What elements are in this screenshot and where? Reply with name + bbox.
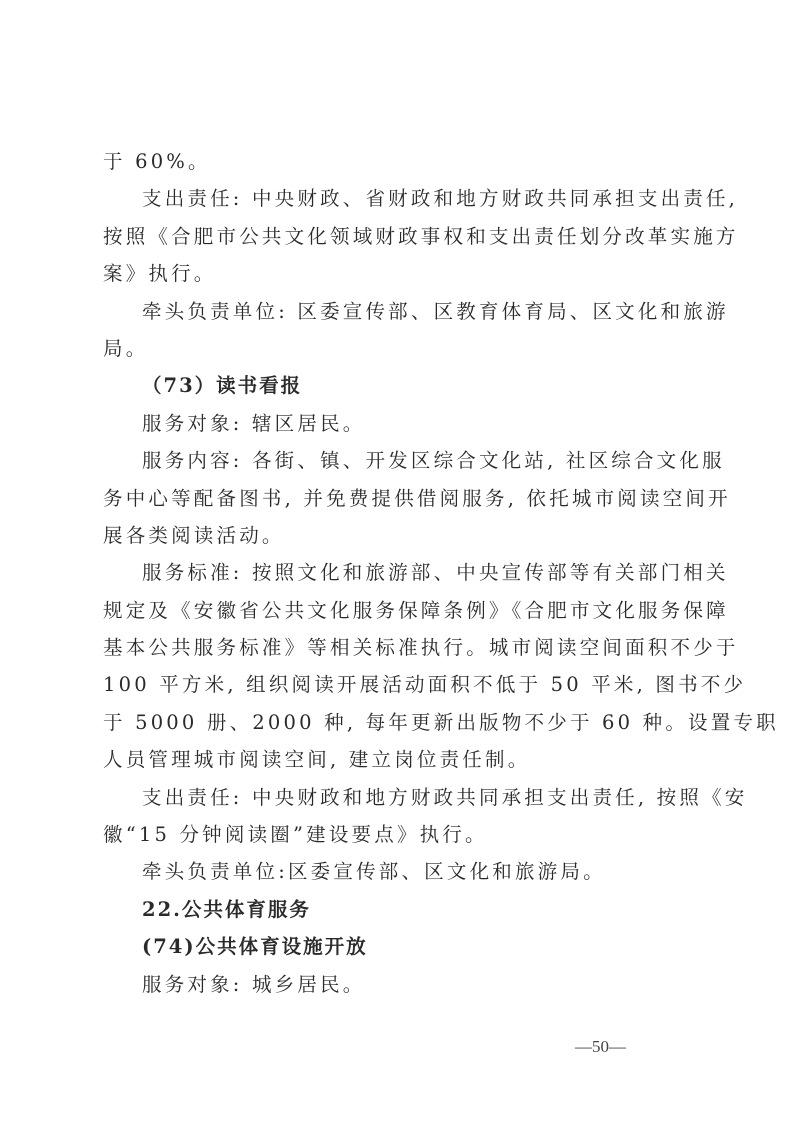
service-target-paragraph: 服务对象: 城乡居民。 — [103, 966, 693, 1003]
text-line: 100 平方米, 组织阅读开展活动面积不低于 50 平米, 图书不少 — [103, 666, 693, 703]
section-heading-74: (74)公共体育设施开放 — [103, 928, 693, 965]
text-line: 务中心等配备图书, 并免费提供借阅服务, 依托城市阅读空间开 — [103, 480, 693, 517]
section-heading-73: （73）读书看报 — [103, 367, 693, 404]
text-line: 局。 — [103, 330, 693, 367]
expenditure-responsibility-paragraph: 支出责任: 中央财政和地方财政共同承担支出责任, 按照《安 — [103, 779, 693, 816]
page-number: —50— — [575, 1037, 626, 1057]
expenditure-responsibility-paragraph: 支出责任: 中央财政、省财政和地方财政共同承担支出责任, — [103, 180, 693, 217]
text-line: 徽“15 分钟阅读圈”建设要点》执行。 — [103, 816, 693, 853]
text-line: 人员管理城市阅读空间, 建立岗位责任制。 — [103, 741, 693, 778]
text-line: 于 60%。 — [103, 143, 693, 180]
document-body: 于 60%。 支出责任: 中央财政、省财政和地方财政共同承担支出责任, 按照《合… — [103, 143, 693, 1003]
text-line: 于 5000 册、2000 种, 每年更新出版物不少于 60 种。设置专职 — [103, 704, 693, 741]
text-line: 案》执行。 — [103, 255, 693, 292]
text-line: 规定及《安徽省公共文化服务保障条例》《合肥市文化服务保障 — [103, 592, 693, 629]
text-line: 按照《合肥市公共文化领域财政事权和支出责任划分改革实施方 — [103, 218, 693, 255]
service-content-paragraph: 服务内容: 各街、镇、开发区综合文化站, 社区综合文化服 — [103, 442, 693, 479]
service-target-paragraph: 服务对象: 辖区居民。 — [103, 405, 693, 442]
text-line: 展各类阅读活动。 — [103, 517, 693, 554]
lead-unit-paragraph: 牵头负责单位:区委宣传部、区文化和旅游局。 — [103, 853, 693, 890]
service-standard-paragraph: 服务标准: 按照文化和旅游部、中央宣传部等有关部门相关 — [103, 554, 693, 591]
section-heading-22: 22.公共体育服务 — [103, 891, 693, 928]
lead-unit-paragraph: 牵头负责单位: 区委宣传部、区教育体育局、区文化和旅游 — [103, 293, 693, 330]
text-line: 基本公共服务标准》等相关标准执行。城市阅读空间面积不少于 — [103, 629, 693, 666]
